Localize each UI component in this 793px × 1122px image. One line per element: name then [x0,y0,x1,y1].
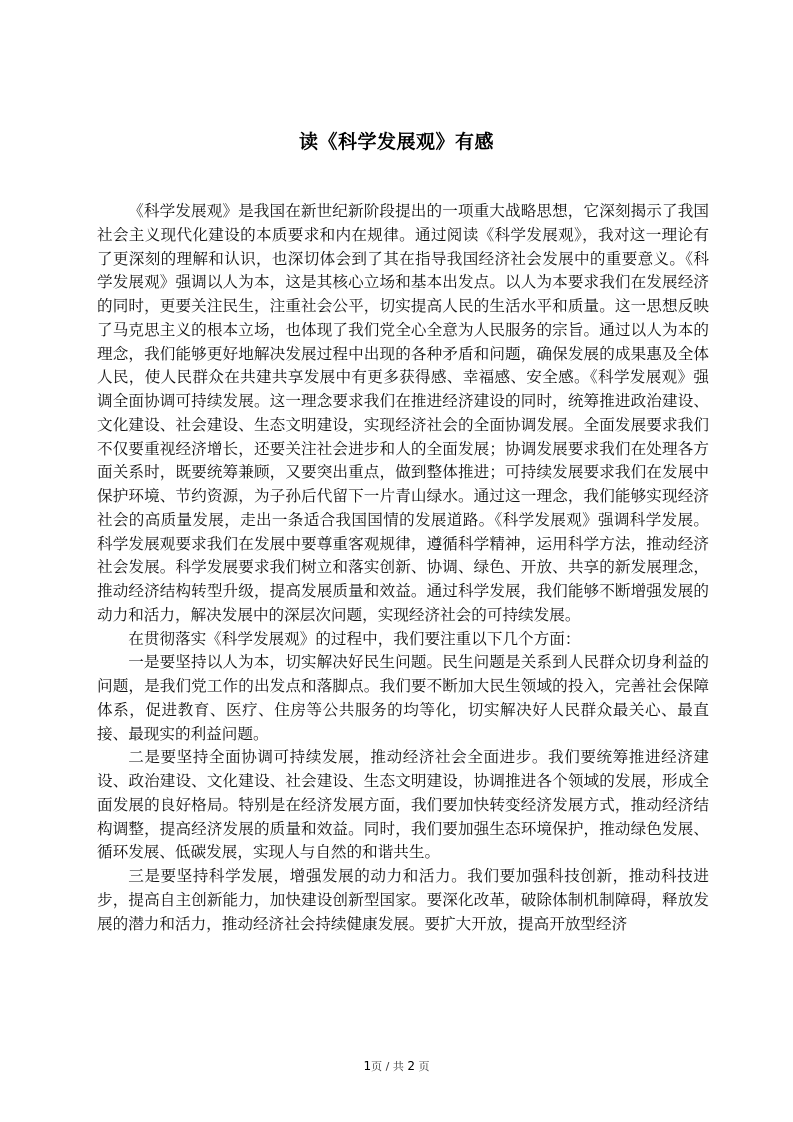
total-prefix: 共 [393,1060,404,1073]
page-separator: / [386,1060,390,1073]
document-page: 读《科学发展观》有感 《科学发展观》是我国在新世纪新阶段提出的一项重大战略思想，… [0,0,793,1122]
paragraph-intro: 《科学发展观》是我国在新世纪新阶段提出的一项重大战略思想，它深刻揭示了我国社会主… [97,200,709,628]
document-title: 读《科学发展观》有感 [0,127,793,154]
document-body: 《科学发展观》是我国在新世纪新阶段提出的一项重大战略思想，它深刻揭示了我国社会主… [97,200,709,936]
current-page-number: 1 [364,1059,372,1073]
total-pages-number: 2 [407,1059,415,1073]
page-label: 页 [371,1060,382,1073]
paragraph-point-two: 二是要坚持全面协调可持续发展，推动经济社会全面进步。我们要统筹推进经济建设、政治… [97,746,709,865]
total-suffix: 页 [419,1060,430,1073]
paragraph-aspects-lead: 在贯彻落实《科学发展观》的过程中，我们要注重以下几个方面： [97,628,709,652]
paragraph-point-three: 三是要坚持科学发展，增强发展的动力和活力。我们要加强科技创新，推动科技进步，提高… [97,865,709,936]
paragraph-point-one: 一是要坚持以人为本，切实解决好民生问题。民生问题是关系到人民群众切身利益的问题，… [97,651,709,746]
page-footer: 1页 / 共 2 页 [0,1058,793,1074]
